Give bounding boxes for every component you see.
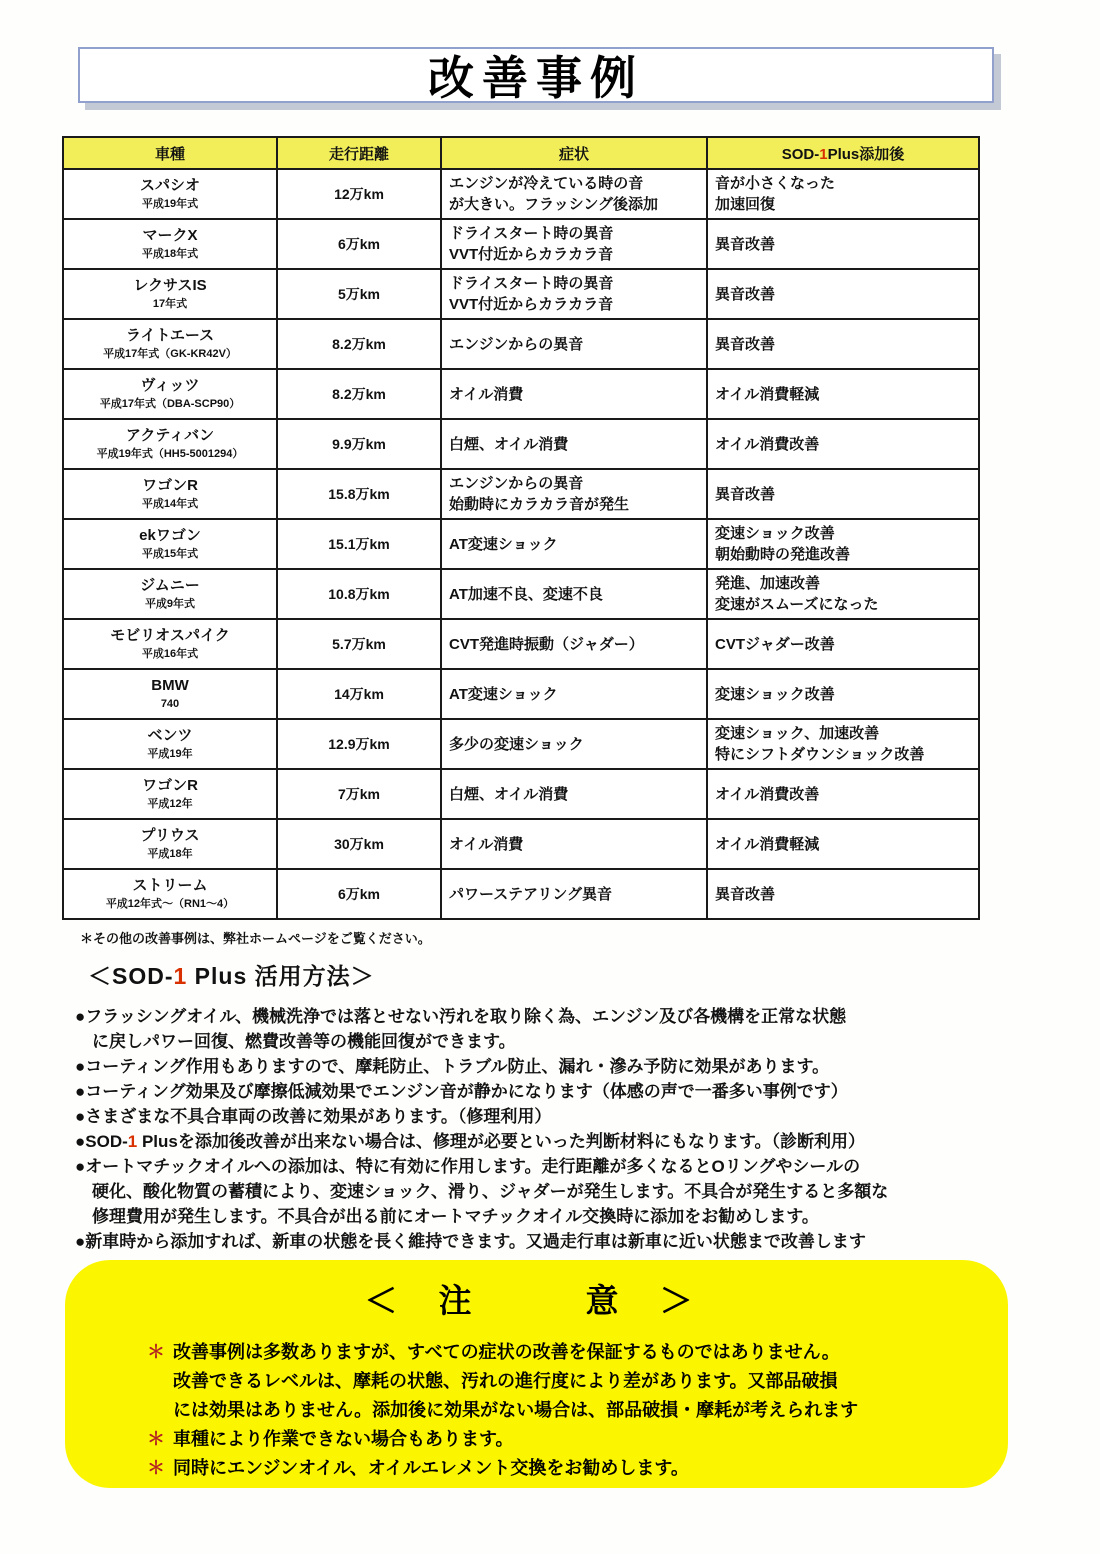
symptom-text: ドライスタート時の異音 VVT付近からカラカラ音 xyxy=(449,223,699,265)
mileage-value: 9.9万km xyxy=(285,434,433,454)
symptom-text: パワーステアリング異音 xyxy=(449,884,699,905)
table-row: BMW74014万kmAT変速ショック変速ショック改善 xyxy=(63,669,979,719)
caution-bullet-text: 改善事例は多数ありますが、すべての症状の改善を保証するものではありません。 改善… xyxy=(173,1338,858,1425)
mileage-value: 8.2万km xyxy=(285,384,433,404)
table-footnote: ＊その他の改善事例は、弊社ホームページをご覧ください。 xyxy=(80,928,431,947)
table-row: スパシオ平成19年式12万kmエンジンが冷えている時の音 が大きい。フラッシング… xyxy=(63,169,979,219)
vehicle-model: ekワゴン xyxy=(71,527,269,545)
symptom-text: オイル消費 xyxy=(449,834,699,855)
header-after-additive: SOD-1Plus添加後 xyxy=(707,137,979,169)
symptom-text: エンジンからの異音 xyxy=(449,334,699,355)
vehicle-model-year: 平成17年式（GK-KR42V） xyxy=(71,348,269,361)
vehicle-model: プリウス xyxy=(71,827,269,845)
symptom-text: AT加速不良、変速不良 xyxy=(449,584,699,605)
vehicle-model: ワゴンR xyxy=(71,777,269,795)
usage-bullet: ●オートマチックオイルへの添加は、特に有効に作用します。走行距離が多くなるとOリ… xyxy=(75,1154,1035,1229)
result-text: 異音改善 xyxy=(715,284,971,305)
header-symptom: 症状 xyxy=(441,137,707,169)
mileage-value: 6万km xyxy=(285,884,433,904)
page-title-box: 改善事例 xyxy=(78,47,994,103)
symptom-text: 白煙、オイル消費 xyxy=(449,784,699,805)
vehicle-model-year: 平成18年式 xyxy=(71,248,269,261)
table-row: ストリーム平成12年式～（RN1～4）6万kmパワーステアリング異音異音改善 xyxy=(63,869,979,919)
vehicle-model-year: 平成17年式（DBA-SCP90） xyxy=(71,398,269,411)
vehicle-model-year: 平成18年 xyxy=(71,848,269,861)
vehicle-model: ヴィッツ xyxy=(71,377,269,395)
vehicle-model-year: 740 xyxy=(71,698,269,711)
result-text: CVTジャダー改善 xyxy=(715,634,971,655)
page-title: 改善事例 xyxy=(428,42,644,108)
table-row: プリウス平成18年30万kmオイル消費オイル消費軽減 xyxy=(63,819,979,869)
table-body: スパシオ平成19年式12万kmエンジンが冷えている時の音 が大きい。フラッシング… xyxy=(63,169,979,919)
vehicle-model: スパシオ xyxy=(71,177,269,195)
vehicle-model-year: 平成19年式 xyxy=(71,198,269,211)
symptom-text: AT変速ショック xyxy=(449,684,699,705)
symptom-text: ドライスタート時の異音 VVT付近からカラカラ音 xyxy=(449,273,699,315)
symptom-text: AT変速ショック xyxy=(449,534,699,555)
symptom-text: 多少の変速ショック xyxy=(449,734,699,755)
usage-bullet: ●SOD-1 Plusを添加後改善が出来ない場合は、修理が必要といった判断材料に… xyxy=(75,1129,1035,1154)
vehicle-model: アクティバン xyxy=(71,427,269,445)
usage-bullet: ●フラッシングオイル、機械洗浄では落とせない汚れを取り除く為、エンジン及び各機構… xyxy=(75,1004,1035,1054)
vehicle-model: ストリーム xyxy=(71,877,269,895)
result-text: 音が小さくなった 加速回復 xyxy=(715,173,971,215)
vehicle-model-year: 平成19年式（HH5-5001294） xyxy=(71,448,269,461)
red-one: 1 xyxy=(128,1132,137,1151)
result-text: オイル消費軽減 xyxy=(715,384,971,405)
symptom-text: エンジンが冷えている時の音 が大きい。フラッシング後添加 xyxy=(449,173,699,215)
table-row: モビリオスパイク平成16年式5.7万kmCVT発進時振動（ジャダー）CVTジャダ… xyxy=(63,619,979,669)
table-row: マークX平成18年式6万kmドライスタート時の異音 VVT付近からカラカラ音異音… xyxy=(63,219,979,269)
caution-bullet-marker: ＊ xyxy=(147,1338,173,1425)
usage-bullet: ●新車時から添加すれば、新車の状態を長く維持できます。又過走行車は新車に近い状態… xyxy=(75,1229,1035,1254)
usage-bullet: ●さまざまな不具合車両の改善に効果があります。（修理利用） xyxy=(75,1104,1035,1129)
table-row: ベンツ平成19年12.9万km多少の変速ショック変速ショック、加速改善 特にシフ… xyxy=(63,719,979,769)
document-page: 改善事例 車種 走行距離 症状 SOD-1Plus添加後 スパシオ平成19年式1… xyxy=(0,0,1100,1554)
caution-bullet-text: 車種により作業できない場合もあります。 xyxy=(173,1425,514,1454)
mileage-value: 8.2万km xyxy=(285,334,433,354)
caution-bullet: ＊車種により作業できない場合もあります。 xyxy=(147,1425,977,1454)
caution-title: ＜ 注 意 ＞ xyxy=(65,1260,1008,1322)
table-row: ワゴンR平成12年7万km白煙、オイル消費オイル消費改善 xyxy=(63,769,979,819)
usage-bullet: ●コーティング効果及び摩擦低減効果でエンジン音が静かになります（体感の声で一番多… xyxy=(75,1079,1035,1104)
symptom-text: 白煙、オイル消費 xyxy=(449,434,699,455)
mileage-value: 14万km xyxy=(285,684,433,704)
table-row: ワゴンR平成14年式15.8万kmエンジンからの異音 始動時にカラカラ音が発生異… xyxy=(63,469,979,519)
mileage-value: 12万km xyxy=(285,184,433,204)
mileage-value: 5万km xyxy=(285,284,433,304)
table-row: レクサスIS17年式5万kmドライスタート時の異音 VVT付近からカラカラ音異音… xyxy=(63,269,979,319)
mileage-value: 30万km xyxy=(285,834,433,854)
improvement-cases-table: 車種 走行距離 症状 SOD-1Plus添加後 スパシオ平成19年式12万kmエ… xyxy=(62,136,980,920)
mileage-value: 10.8万km xyxy=(285,584,433,604)
mileage-value: 6万km xyxy=(285,234,433,254)
mileage-value: 5.7万km xyxy=(285,634,433,654)
caution-bullet-list: ＊改善事例は多数ありますが、すべての症状の改善を保証するものではありません。 改… xyxy=(147,1338,977,1483)
result-text: 異音改善 xyxy=(715,484,971,505)
vehicle-model: BMW xyxy=(71,677,269,695)
mileage-value: 15.8万km xyxy=(285,484,433,504)
table-header-row: 車種 走行距離 症状 SOD-1Plus添加後 xyxy=(63,137,979,169)
vehicle-model-year: 平成12年式～（RN1～4） xyxy=(71,898,269,911)
caution-bullet-text: 同時にエンジンオイル、オイルエレメント交換をお勧めします。 xyxy=(173,1454,689,1483)
usage-bullet: ●コーティング作用もありますので、摩耗防止、トラブル防止、漏れ・滲み予防に効果が… xyxy=(75,1054,1035,1079)
vehicle-model-year: 平成9年式 xyxy=(71,598,269,611)
result-text: オイル消費軽減 xyxy=(715,834,971,855)
vehicle-model: ライトエース xyxy=(71,327,269,345)
vehicle-model-year: 平成14年式 xyxy=(71,498,269,511)
usage-heading: ＜SOD-1 Plus 活用方法＞ xyxy=(88,958,375,991)
result-text: 発進、加速改善 変速がスムーズになった xyxy=(715,573,971,615)
vehicle-model-year: 17年式 xyxy=(71,298,269,311)
caution-bullet: ＊改善事例は多数ありますが、すべての症状の改善を保証するものではありません。 改… xyxy=(147,1338,977,1425)
header-red-one: 1 xyxy=(819,146,827,163)
vehicle-model: モビリオスパイク xyxy=(71,627,269,645)
result-text: 異音改善 xyxy=(715,234,971,255)
mileage-value: 15.1万km xyxy=(285,534,433,554)
result-text: オイル消費改善 xyxy=(715,784,971,805)
header-model: 車種 xyxy=(63,137,277,169)
symptom-text: エンジンからの異音 始動時にカラカラ音が発生 xyxy=(449,473,699,515)
result-text: 変速ショック改善 朝始動時の発進改善 xyxy=(715,523,971,565)
table-header: 車種 走行距離 症状 SOD-1Plus添加後 xyxy=(63,137,979,169)
vehicle-model-year: 平成16年式 xyxy=(71,648,269,661)
symptom-text: オイル消費 xyxy=(449,384,699,405)
vehicle-model: ワゴンR xyxy=(71,477,269,495)
caution-box: ＜ 注 意 ＞ ＊改善事例は多数ありますが、すべての症状の改善を保証するものでは… xyxy=(65,1260,1008,1488)
table-row: ekワゴン平成15年式15.1万kmAT変速ショック変速ショック改善 朝始動時の… xyxy=(63,519,979,569)
vehicle-model: マークX xyxy=(71,227,269,245)
result-text: 変速ショック、加速改善 特にシフトダウンショック改善 xyxy=(715,723,971,765)
result-text: 異音改善 xyxy=(715,884,971,905)
vehicle-model: ベンツ xyxy=(71,727,269,745)
vehicle-model-year: 平成19年 xyxy=(71,748,269,761)
caution-bullet-marker: ＊ xyxy=(147,1425,173,1454)
caution-bullet-marker: ＊ xyxy=(147,1454,173,1483)
result-text: オイル消費改善 xyxy=(715,434,971,455)
mileage-value: 7万km xyxy=(285,784,433,804)
table-row: ライトエース平成17年式（GK-KR42V）8.2万kmエンジンからの異音異音改… xyxy=(63,319,979,369)
table-row: アクティバン平成19年式（HH5-5001294）9.9万km白煙、オイル消費オ… xyxy=(63,419,979,469)
vehicle-model-year: 平成12年 xyxy=(71,798,269,811)
result-text: 変速ショック改善 xyxy=(715,684,971,705)
usage-heading-red-one: 1 xyxy=(174,963,188,989)
usage-bullet-list: ●フラッシングオイル、機械洗浄では落とせない汚れを取り除く為、エンジン及び各機構… xyxy=(75,1004,1035,1254)
table-row: ジムニー平成9年式10.8万kmAT加速不良、変速不良発進、加速改善 変速がスム… xyxy=(63,569,979,619)
result-text: 異音改善 xyxy=(715,334,971,355)
mileage-value: 12.9万km xyxy=(285,734,433,754)
vehicle-model: ジムニー xyxy=(71,577,269,595)
symptom-text: CVT発進時振動（ジャダー） xyxy=(449,634,699,655)
vehicle-model-year: 平成15年式 xyxy=(71,548,269,561)
vehicle-model: レクサスIS xyxy=(71,277,269,295)
caution-bullet: ＊同時にエンジンオイル、オイルエレメント交換をお勧めします。 xyxy=(147,1454,977,1483)
header-distance: 走行距離 xyxy=(277,137,441,169)
table-row: ヴィッツ平成17年式（DBA-SCP90）8.2万kmオイル消費オイル消費軽減 xyxy=(63,369,979,419)
